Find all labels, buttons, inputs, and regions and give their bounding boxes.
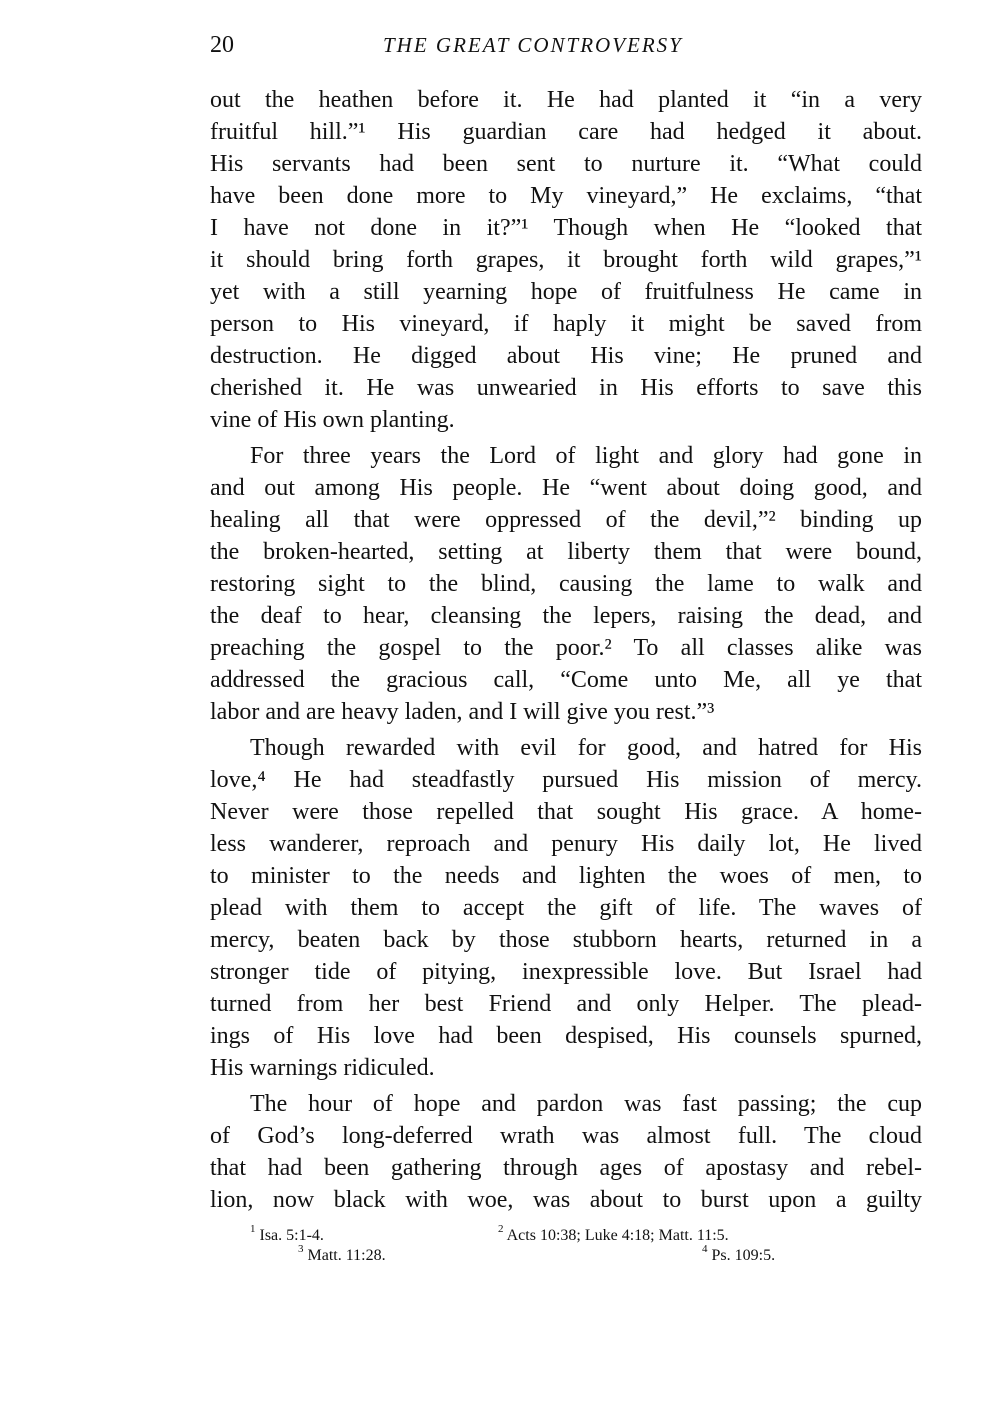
footnote-mark: 3 — [298, 1243, 304, 1255]
text-line: ings of His love had been despised, His … — [210, 1020, 922, 1052]
text-line: preaching the gospel to the poor.² To al… — [210, 632, 922, 664]
text-line: less wanderer, reproach and penury His d… — [210, 828, 922, 860]
text-line: restoring sight to the blind, causing th… — [210, 568, 922, 600]
body-text: out the heathen before it. He had plante… — [210, 84, 922, 1216]
text-line: lion, now black with woe, was about to b… — [210, 1184, 922, 1216]
footnote-1: 1 Isa. 5:1-4. — [250, 1226, 324, 1246]
text-line: person to His vineyard, if haply it migh… — [210, 308, 922, 340]
text-line: Though rewarded with evil for good, and … — [210, 732, 922, 764]
footnote-mark: 4 — [702, 1243, 708, 1255]
text-line: have been done more to My vineyard,” He … — [210, 180, 922, 212]
footnote-text: Matt. 11:28. — [308, 1247, 386, 1264]
footnote-4: 4 Ps. 109:5. — [702, 1246, 775, 1266]
running-title: THE GREAT CONTROVERSY — [383, 28, 683, 62]
paragraph-4: The hour of hope and pardon was fast pas… — [210, 1088, 922, 1216]
text-line: and out among His people. He “went about… — [210, 472, 922, 504]
running-head: 20 THE GREAT CONTROVERSY — [210, 28, 922, 62]
text-line: out the heathen before it. He had plante… — [210, 84, 922, 116]
paragraph-1: out the heathen before it. He had plante… — [210, 84, 922, 436]
text-line: vine of His own planting. — [210, 404, 922, 436]
text-line: destruction. He digged about His vine; H… — [210, 340, 922, 372]
text-line: the broken-hearted, setting at liberty t… — [210, 536, 922, 568]
text-line: to minister to the needs and lighten the… — [210, 860, 922, 892]
text-line: For three years the Lord of light and gl… — [210, 440, 922, 472]
text-line: turned from her best Friend and only Hel… — [210, 988, 922, 1020]
footnote-mark: 2 — [498, 1223, 504, 1235]
text-line: I have not done in it?”¹ Though when He … — [210, 212, 922, 244]
text-line: yet with a still yearning hope of fruitf… — [210, 276, 922, 308]
text-line: The hour of hope and pardon was fast pas… — [210, 1088, 922, 1120]
text-line: His warnings ridiculed. — [210, 1052, 922, 1084]
text-line: that had been gathering through ages of … — [210, 1152, 922, 1184]
page-number: 20 — [210, 28, 234, 62]
footnote-text: Acts 10:38; Luke 4:18; Matt. 11:5. — [507, 1227, 729, 1244]
footnote-3: 3 Matt. 11:28. — [298, 1246, 386, 1266]
text-line: cherished it. He was unwearied in His ef… — [210, 372, 922, 404]
text-line: of God’s long-deferred wrath was almost … — [210, 1120, 922, 1152]
text-line: Never were those repelled that sought Hi… — [210, 796, 922, 828]
text-line: labor and are heavy laden, and I will gi… — [210, 696, 922, 728]
text-line: plead with them to accept the gift of li… — [210, 892, 922, 924]
text-line: it should bring forth grapes, it brought… — [210, 244, 922, 276]
paragraph-3: Though rewarded with evil for good, and … — [210, 732, 922, 1084]
text-line: love,⁴ He had steadfastly pursued His mi… — [210, 764, 922, 796]
text-line: the deaf to hear, cleansing the lepers, … — [210, 600, 922, 632]
book-page: 20 THE GREAT CONTROVERSY out the heathen… — [0, 0, 1000, 1417]
text-line: stronger tide of pitying, inexpressible … — [210, 956, 922, 988]
text-line: fruitful hill.”¹ His guardian care had h… — [210, 116, 922, 148]
footnote-mark: 1 — [250, 1223, 256, 1235]
text-line: addressed the gracious call, “Come unto … — [210, 664, 922, 696]
text-line: mercy, beaten back by those stubborn hea… — [210, 924, 922, 956]
paragraph-2: For three years the Lord of light and gl… — [210, 440, 922, 728]
footnote-2: 2 Acts 10:38; Luke 4:18; Matt. 11:5. — [498, 1226, 729, 1246]
footnote-text: Ps. 109:5. — [712, 1247, 776, 1264]
text-line: His servants had been sent to nurture it… — [210, 148, 922, 180]
text-line: healing all that were oppressed of the d… — [210, 504, 922, 536]
footnote-text: Isa. 5:1-4. — [260, 1227, 324, 1244]
